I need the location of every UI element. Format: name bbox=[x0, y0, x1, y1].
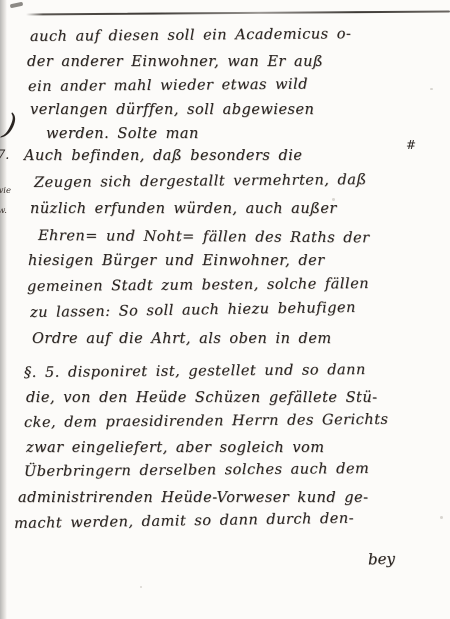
margin-paragraph-number: 7. bbox=[0, 148, 9, 163]
scan-top-artifact-line bbox=[26, 11, 450, 16]
manuscript-line: Ordre auf die Ahrt, als oben in dem bbox=[32, 329, 332, 349]
manuscript-line: macht werden, damit so dann durch den- bbox=[14, 509, 354, 534]
margin-note: w. bbox=[0, 206, 7, 216]
manuscript-line: auch auf diesen soll ein Academicus o- bbox=[30, 24, 352, 47]
reference-hash-mark: # bbox=[406, 138, 416, 152]
scan-top-corner-mark bbox=[10, 2, 24, 9]
manuscript-line: zu lassen: So soll auch hiezu behufigen bbox=[30, 298, 356, 323]
manuscript-line: Zeugen sich dergestallt vermehrten, daß bbox=[34, 170, 367, 193]
margin-note: wie bbox=[0, 186, 11, 196]
manuscript-line: Auch befinden, daß besonders die bbox=[24, 146, 302, 166]
paper-speck bbox=[440, 516, 443, 519]
catchword: bey bbox=[368, 550, 396, 569]
manuscript-line: die, von den Heüde Schüzen gefällete Stü… bbox=[26, 388, 378, 408]
manuscript-line: werden. Solte man bbox=[46, 124, 199, 144]
manuscript-line: zwar eingeliefert, aber sogleich vom bbox=[26, 438, 325, 458]
manuscript-line: §. 5. disponiret ist, gestellet und so d… bbox=[24, 360, 366, 383]
manuscript-line: gemeinen Stadt zum besten, solche fällen bbox=[27, 274, 369, 297]
manuscript-line: administrirenden Heüde-Vorweser kund ge- bbox=[18, 488, 369, 508]
scan-left-edge-shadow bbox=[0, 0, 7, 619]
manuscript-line: cke, dem praesidirenden Herrn des Gerich… bbox=[24, 410, 389, 433]
manuscript-line: hiesigen Bürger und Einwohner, der bbox=[28, 251, 325, 271]
manuscript-line: der anderer Einwohner, wan Er auß bbox=[27, 52, 323, 72]
manuscript-line: ein ander mahl wieder etwas wild bbox=[28, 75, 308, 97]
paper-speck bbox=[430, 88, 433, 90]
manuscript-line: verlangen dürffen, soll abgewiesen bbox=[30, 100, 314, 120]
paper-speck bbox=[140, 586, 142, 588]
manuscript-line: nüzlich erfunden würden, auch außer bbox=[30, 199, 337, 219]
manuscript-line: Ehren= und Noht= fällen des Raths der bbox=[38, 226, 370, 248]
manuscript-line: Überbringern derselben solches auch dem bbox=[24, 459, 369, 482]
manuscript-page: auch auf diesen soll ein Academicus o- d… bbox=[0, 0, 450, 619]
